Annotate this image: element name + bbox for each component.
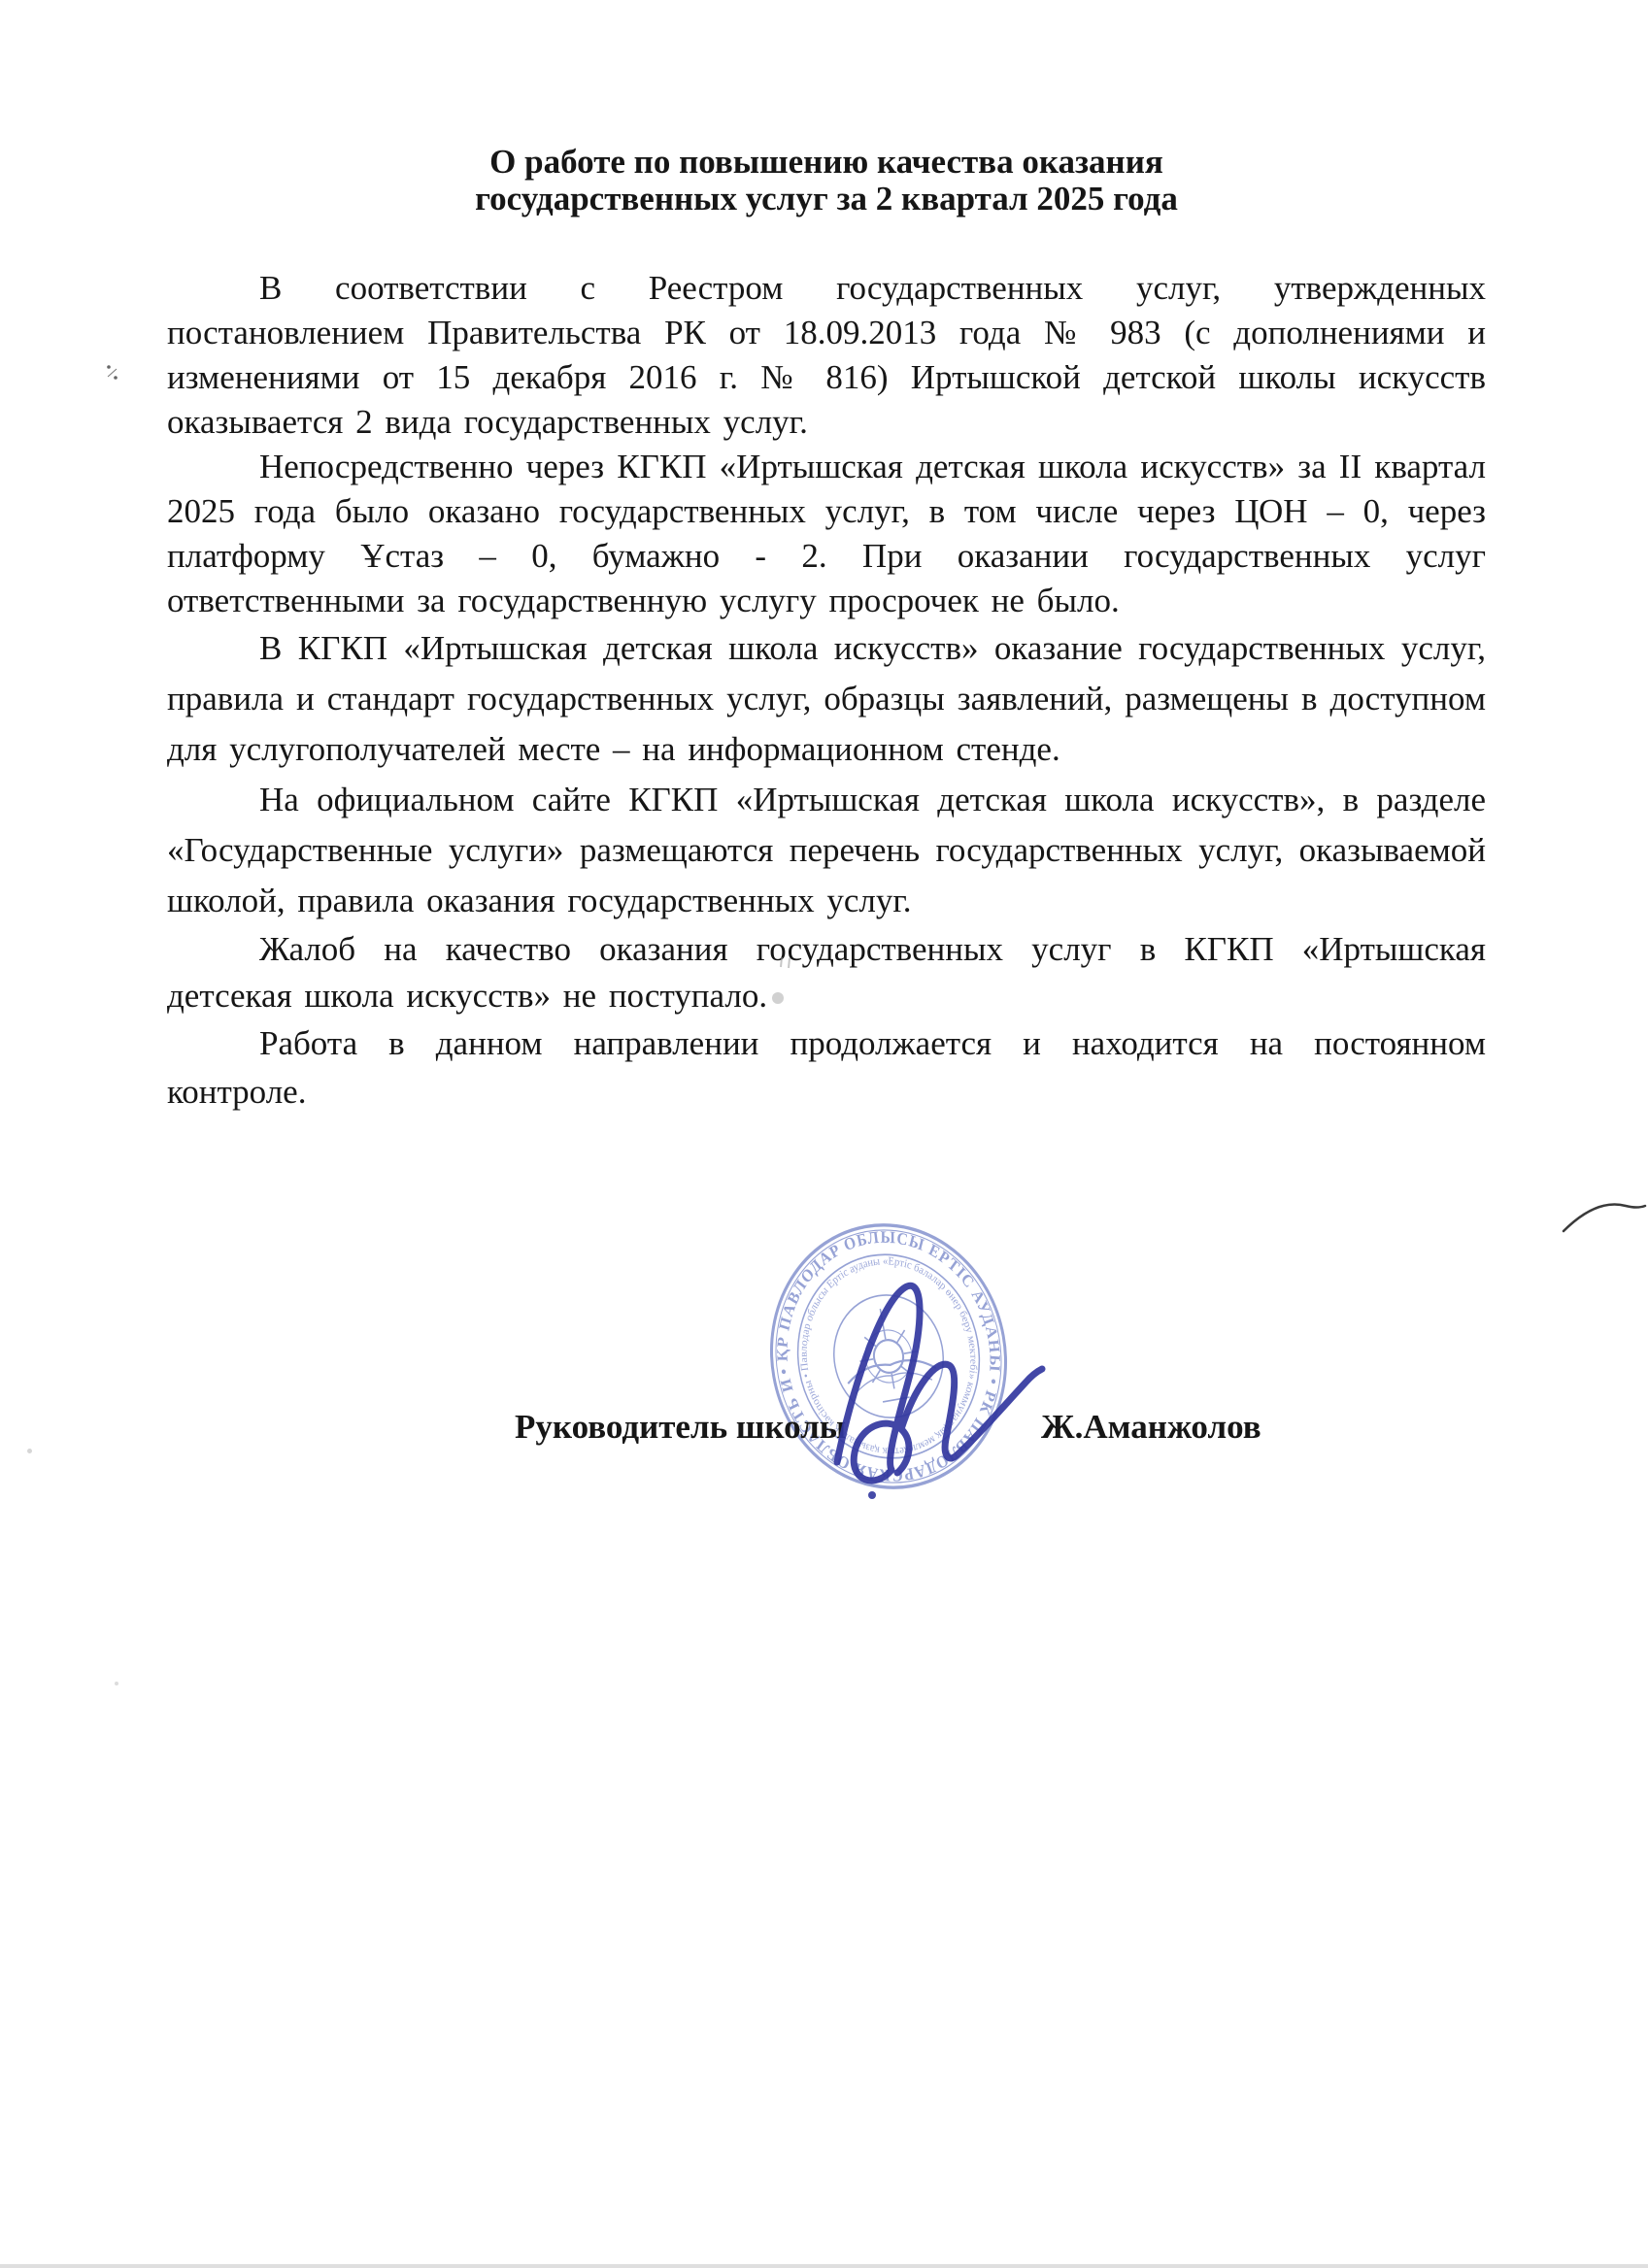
scan-artifact-ticks bbox=[777, 955, 794, 971]
scanned-document-page: О работе по повышению качества оказания … bbox=[0, 0, 1648, 2268]
title-line-1: О работе по повышению качества оказания bbox=[167, 144, 1486, 181]
document-title: О работе по повышению качества оказания … bbox=[167, 144, 1486, 217]
signature-ink-dot bbox=[868, 1491, 876, 1499]
signature-role-label: Руководитель школы bbox=[515, 1408, 846, 1447]
paragraph-5: Жалоб на качество оказания государственн… bbox=[167, 926, 1486, 1019]
scan-artifact-speck bbox=[115, 1682, 118, 1685]
paragraph-2: Непосредственно через КГКП «Иртышская де… bbox=[167, 445, 1486, 623]
scan-artifact-speck bbox=[27, 1449, 32, 1453]
document-body: В соответствии с Реестром государственны… bbox=[167, 266, 1486, 1117]
paragraph-4: На официальном сайте КГКП «Иртышская дет… bbox=[167, 775, 1486, 926]
scan-artifact-squiggle bbox=[105, 363, 120, 383]
paragraph-3: В КГКП «Иртышская детская школа искусств… bbox=[167, 623, 1486, 775]
handwritten-signature bbox=[804, 1270, 1049, 1511]
signature-name: Ж.Аманжолов bbox=[1041, 1408, 1261, 1447]
paragraph-1: В соответствии с Реестром государственны… bbox=[167, 266, 1486, 445]
scan-artifact-pen-curve bbox=[1560, 1192, 1648, 1237]
scan-artifact-dot bbox=[772, 992, 784, 1004]
title-line-2: государственных услуг за 2 квартал 2025 … bbox=[167, 181, 1486, 217]
document-content: О работе по повышению качества оказания … bbox=[167, 144, 1486, 1117]
scan-edge-shadow bbox=[0, 2264, 1648, 2268]
paragraph-6: Работа в данном направлении продолжается… bbox=[167, 1019, 1486, 1117]
